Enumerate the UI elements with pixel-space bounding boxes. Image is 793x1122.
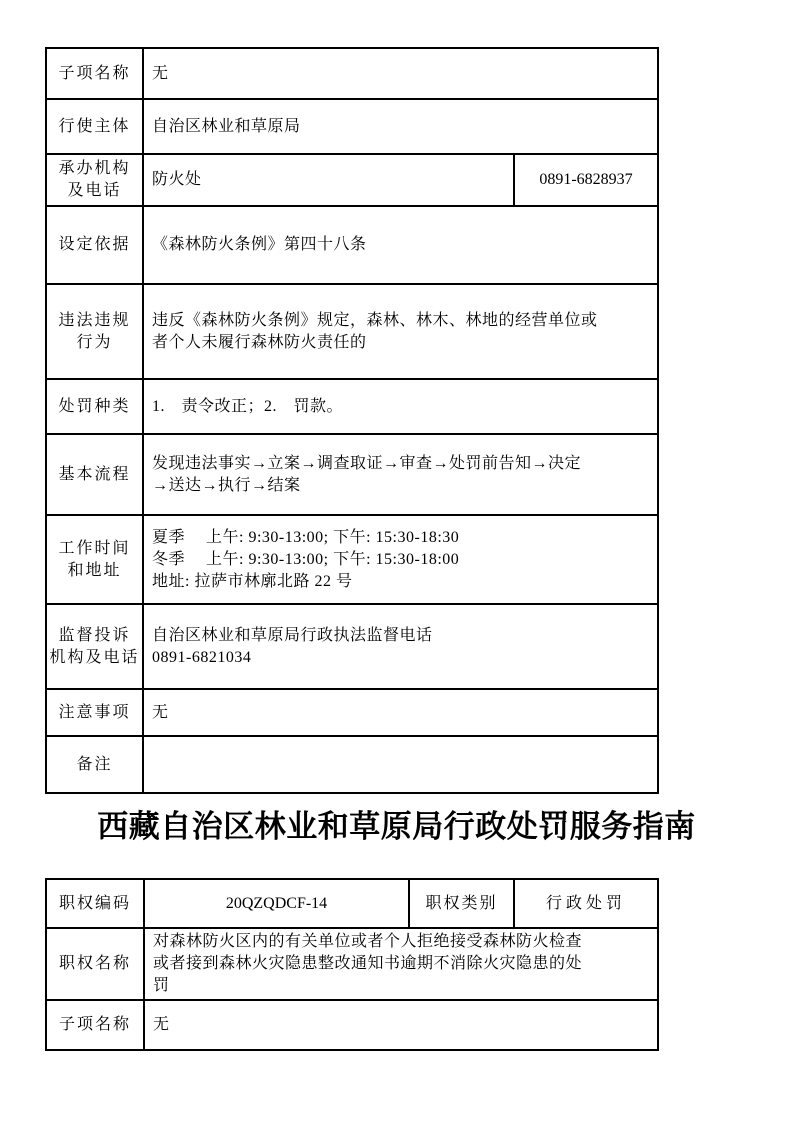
row-value-legal-basis: 《森林防火条例》第四十八条: [143, 206, 658, 284]
table-row: 备注: [46, 736, 658, 793]
table-row: 设定依据 《森林防火条例》第四十八条: [46, 206, 658, 284]
row-value-work-hours-address: 夏季 上午: 9:30-13:00; 下午: 15:30-18:30 冬季 上午…: [143, 515, 658, 604]
table-row: 行使主体 自治区林业和草原局: [46, 99, 658, 154]
row-label-violation: 违法违规 行为: [46, 284, 143, 379]
service-guide-table: 子项名称 无 行使主体 自治区林业和草原局 承办机构 及电话 防火处 0891-…: [45, 47, 659, 794]
table-row: 职权名称 对森林防火区内的有关单位或者个人拒绝接受森林防火检查 或者接到森林火灾…: [46, 928, 658, 1000]
row-value-remarks: [143, 736, 658, 793]
row-label-supervision-complaint: 监督投诉 机构及电话: [46, 604, 143, 689]
row-value-subitem-name-2: 无: [144, 1000, 658, 1050]
row-value-subitem-name: 无: [143, 48, 658, 99]
authority-category-value: 行政处罚: [514, 879, 658, 928]
authority-code-label: 职权编码: [46, 879, 144, 928]
table-row: 承办机构 及电话 防火处 0891-6828937: [46, 154, 658, 206]
row-label-subitem-name-2: 子项名称: [46, 1000, 144, 1050]
table-row: 子项名称 无: [46, 48, 658, 99]
table-row: 监督投诉 机构及电话 自治区林业和草原局行政执法监督电话 0891-682103…: [46, 604, 658, 689]
row-label-subitem-name: 子项名称: [46, 48, 143, 99]
row-label-penalty-types: 处罚种类: [46, 379, 143, 434]
row-label-exercising-body: 行使主体: [46, 99, 143, 154]
row-value-authority-name: 对森林防火区内的有关单位或者个人拒绝接受森林防火检查 或者接到森林火灾隐患整改通…: [144, 928, 658, 1000]
row-value-basic-process: 发现违法事实→立案→调查取证→审查→处罚前告知→决定 →送达→执行→结案: [143, 434, 658, 515]
row-value-supervision-complaint: 自治区林业和草原局行政执法监督电话 0891-6821034: [143, 604, 658, 689]
table-row: 基本流程 发现违法事实→立案→调查取证→审查→处罚前告知→决定 →送达→执行→结…: [46, 434, 658, 515]
row-label-work-hours-address: 工作时间 和地址: [46, 515, 143, 604]
table-row: 注意事项 无: [46, 689, 658, 736]
row-label-notes: 注意事项: [46, 689, 143, 736]
document-page: 子项名称 无 行使主体 自治区林业和草原局 承办机构 及电话 防火处 0891-…: [0, 0, 793, 1122]
row-value-exercising-body: 自治区林业和草原局: [143, 99, 658, 154]
authority-table: 职权编码 20QZQDCF-14 职权类别 行政处罚 职权名称 对森林防火区内的…: [45, 878, 659, 1051]
row-label-remarks: 备注: [46, 736, 143, 793]
page-title: 西藏自治区林业和草原局行政处罚服务指南: [0, 801, 793, 853]
table-row: 子项名称 无: [46, 1000, 658, 1050]
table-row: 处罚种类 1. 责令改正；2. 罚款。: [46, 379, 658, 434]
row-label-handling-agency: 承办机构 及电话: [46, 154, 143, 206]
row-value-violation: 违反《森林防火条例》规定，森林、林木、林地的经营单位或 者个人未履行森林防火责任…: [143, 284, 658, 379]
handling-agency-phone: 0891-6828937: [514, 154, 658, 206]
table-row: 职权编码 20QZQDCF-14 职权类别 行政处罚: [46, 879, 658, 928]
table-row: 工作时间 和地址 夏季 上午: 9:30-13:00; 下午: 15:30-18…: [46, 515, 658, 604]
row-label-legal-basis: 设定依据: [46, 206, 143, 284]
authority-code-value: 20QZQDCF-14: [144, 879, 409, 928]
row-label-authority-name: 职权名称: [46, 928, 144, 1000]
row-label-basic-process: 基本流程: [46, 434, 143, 515]
row-value-notes: 无: [143, 689, 658, 736]
row-value-penalty-types: 1. 责令改正；2. 罚款。: [143, 379, 658, 434]
table-row: 违法违规 行为 违反《森林防火条例》规定，森林、林木、林地的经营单位或 者个人未…: [46, 284, 658, 379]
authority-category-label: 职权类别: [409, 879, 514, 928]
row-value-handling-agency: 防火处: [143, 154, 514, 206]
